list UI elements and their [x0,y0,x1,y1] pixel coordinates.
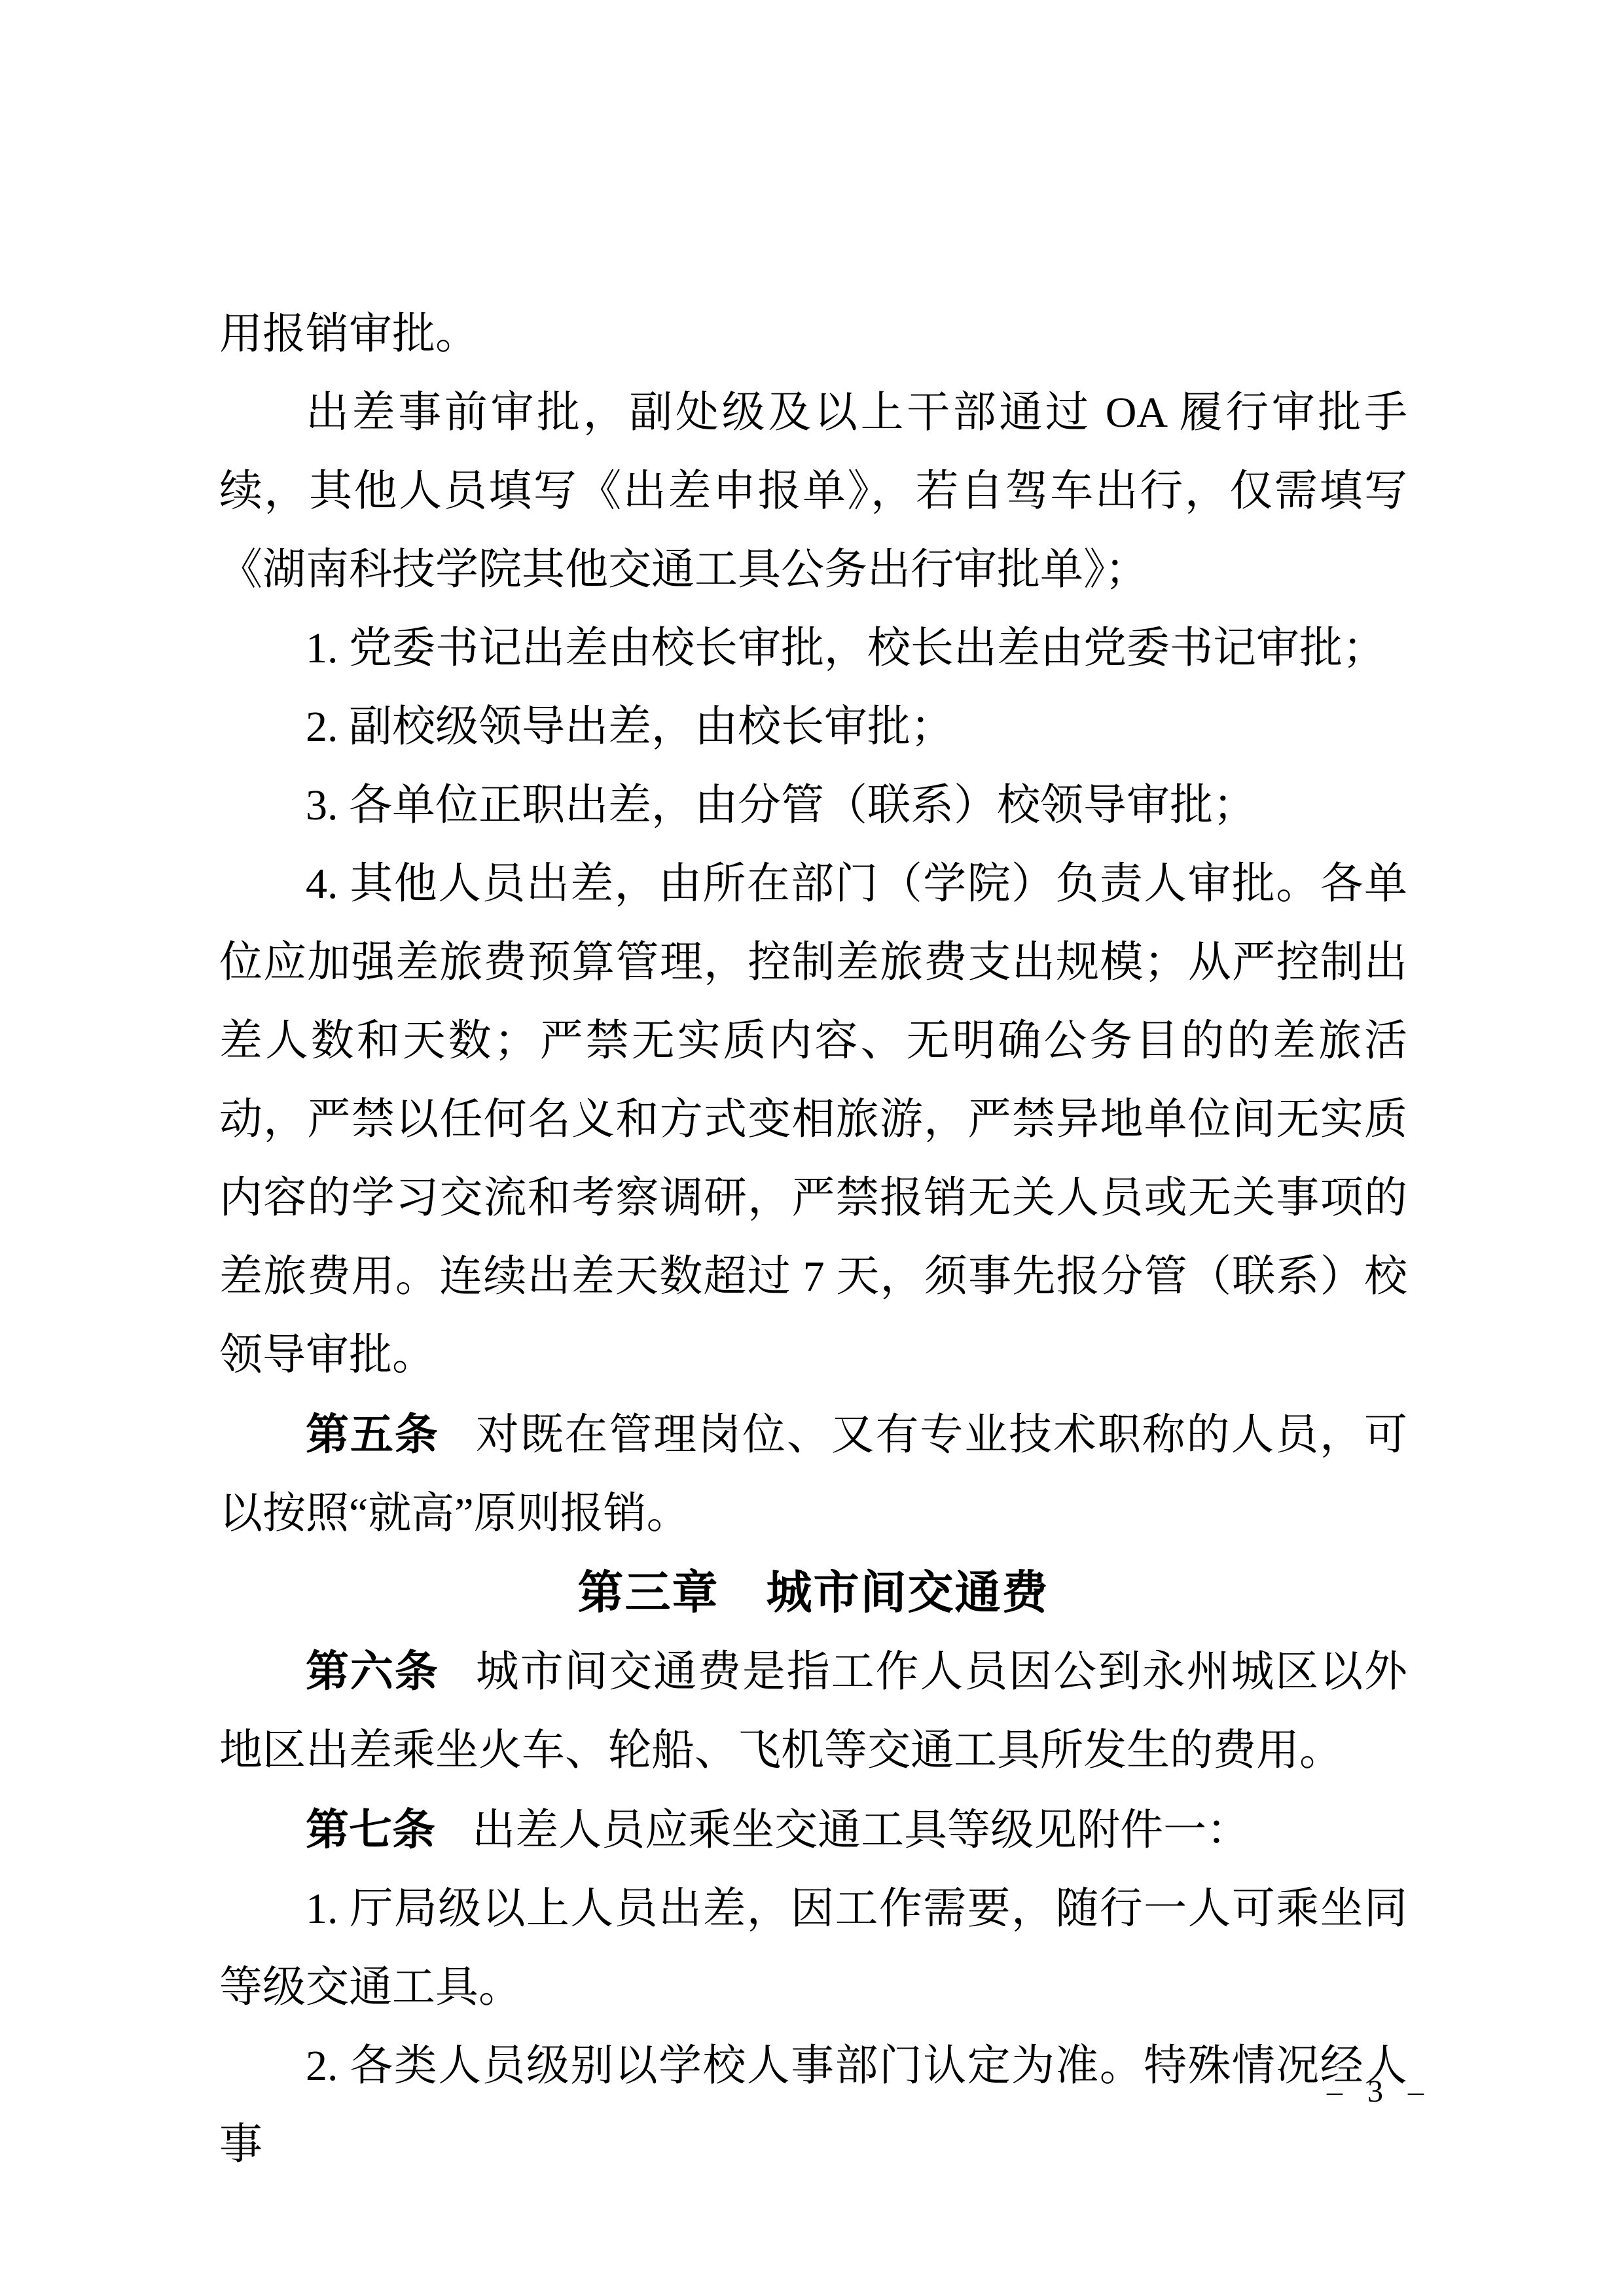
document-body: 用报销审批。 出差事前审批，副处级及以上干部通过 OA 履行审批手续，其他人员填… [219,295,1407,2184]
paragraph-text: 用报销审批。 [219,310,478,358]
document-page: 用报销审批。 出差事前审批，副处级及以上干部通过 OA 履行审批手续，其他人员填… [0,0,1624,2296]
paragraph-text: 3. 各单位正职出差，由分管（联系）校领导审批； [306,781,1256,829]
article-paragraph: 第五条对既在管理岗位、又有专业技术职称的人员，可以按照“就高”原则报销。 [219,1395,1407,1553]
paragraph-text: 出差人员应乘坐交通工具等级见附件一： [472,1806,1250,1854]
article-number: 第六条 [306,1647,439,1695]
paragraph-text: 1. 厅局级以上人员出差，因工作需要，随行一人可乘坐同等级交通工具。 [219,1885,1407,2011]
list-item: 2. 各类人员级别以学校人事部门认定为准。特殊情况经人事 [219,2027,1407,2184]
article-paragraph: 第六条城市间交通费是指工作人员因公到永州城区以外地区出差乘坐火车、轮船、飞机等交… [219,1632,1407,1790]
page-number: – 3 – [1327,2073,1428,2109]
chapter-heading: 第三章 城市间交通费 [219,1553,1407,1632]
article-number: 第五条 [306,1410,439,1458]
page-number-text: – 3 – [1327,2074,1428,2109]
paragraph-text: 出差事前审批，副处级及以上干部通过 OA 履行审批手续，其他人员填写《出差申报单… [219,389,1407,594]
article-number: 第七条 [306,1805,435,1854]
list-item: 4. 其他人员出差，由所在部门（学院）负责人审批。各单位应加强差旅费预算管理，控… [219,845,1407,1395]
list-item: 1. 党委书记出差由校长审批，校长出差由党委书记审批； [219,609,1407,688]
list-item: 3. 各单位正职出差，由分管（联系）校领导审批； [219,766,1407,845]
list-item: 1. 厅局级以上人员出差，因工作需要，随行一人可乘坐同等级交通工具。 [219,1870,1407,2027]
paragraph-text: 1. 党委书记出差由校长审批，校长出差由党委书记审批； [306,624,1386,672]
list-item: 2. 副校级领导出差，由校长审批； [219,688,1407,766]
paragraph-text: 4. 其他人员出差，由所在部门（学院）负责人审批。各单位应加强差旅费预算管理，控… [219,860,1407,1379]
paragraph: 出差事前审批，副处级及以上干部通过 OA 履行审批手续，其他人员填写《出差申报单… [219,374,1407,609]
paragraph-text: 2. 副校级领导出差，由校长审批； [306,703,954,751]
paragraph: 用报销审批。 [219,295,1407,374]
article-paragraph: 第七条出差人员应乘坐交通工具等级见附件一： [219,1790,1407,1870]
paragraph-text: 2. 各类人员级别以学校人事部门认定为准。特殊情况经人事 [219,2042,1407,2168]
